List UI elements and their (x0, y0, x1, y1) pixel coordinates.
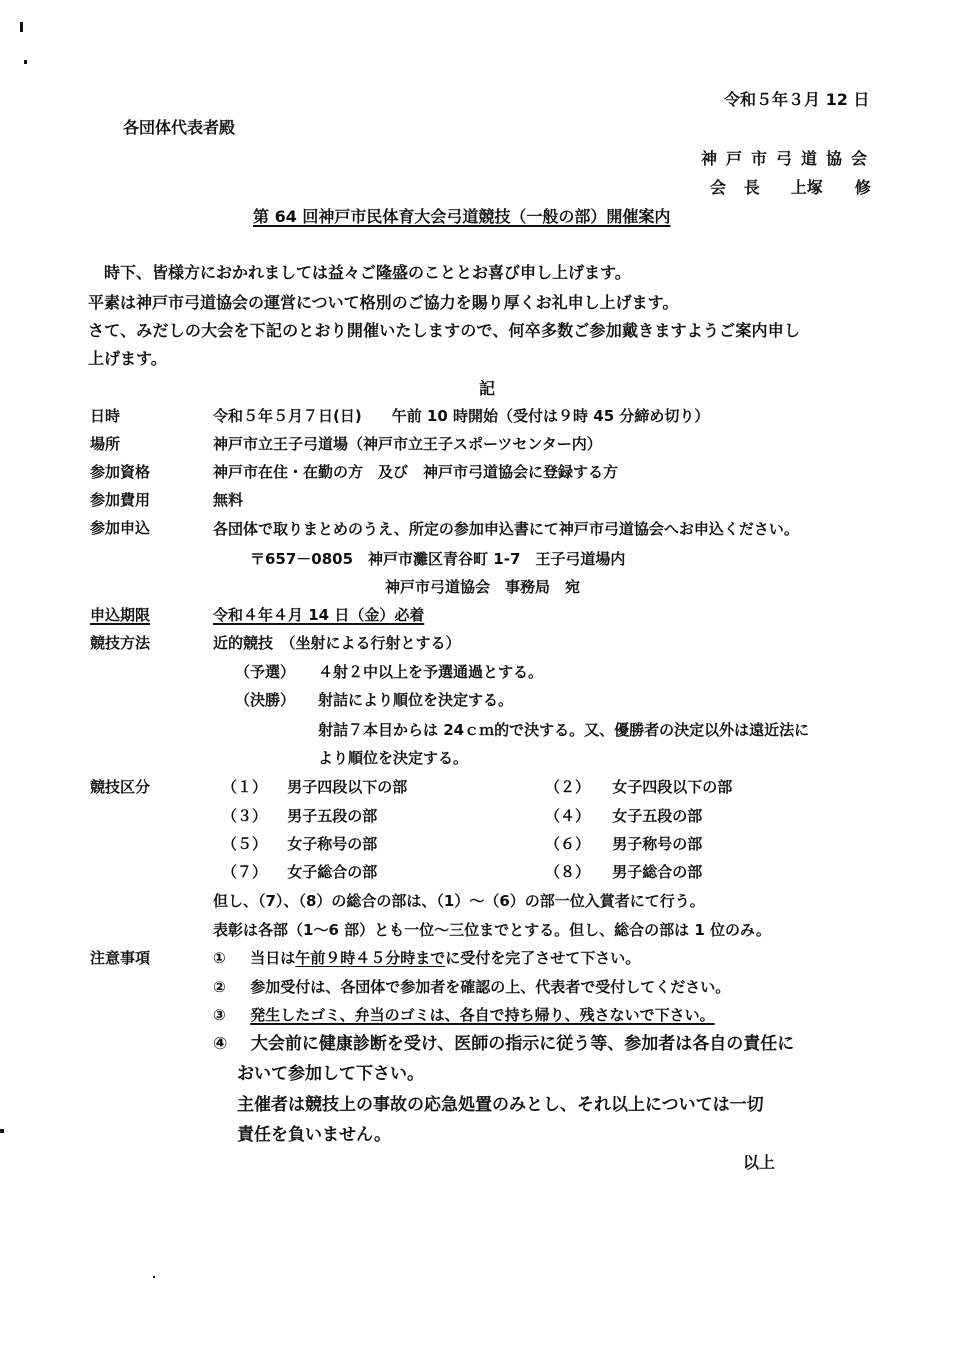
division-name: 女子四段以下の部 (612, 778, 732, 796)
ki-heading: 記 (479, 378, 495, 400)
prelim-value: ４射２中以上を予選通過とする。 (318, 662, 543, 682)
division-num: （４） (545, 806, 607, 826)
division-num: （７） (222, 862, 282, 882)
division-num: （３） (222, 806, 282, 826)
note-text: 大会前に健康診断を受け、医師の指示に従う等、参加者は各自の責任に (251, 1034, 794, 1054)
greeting-line-3: さて、みだしの大会を下記のとおり開催いたしますので、何卒多数ご参加戴きますようご… (88, 320, 800, 342)
document-date: 令和５年３月 12 日 (724, 89, 869, 111)
division-num: （１） (222, 777, 282, 797)
scan-speck (20, 22, 23, 32)
fee-label: 参加費用 (90, 490, 150, 510)
division-name: 女子五段の部 (612, 807, 702, 825)
note-text-underlined: 発生したゴミ、弁当のゴミは、各自で持ち帰り、残さないで下さい。 (250, 1006, 714, 1024)
deadline-value: 令和４年４月 14 日（金）必着 (213, 605, 424, 625)
division-name: 女子総合の部 (287, 863, 377, 881)
eligibility-value: 神戸市在住・在勤の方 及び 神戸市弓道協会に登録する方 (213, 462, 618, 482)
division-item: （３） 男子五段の部 (222, 806, 377, 826)
closing: 以上 (743, 1152, 775, 1174)
note-underlined-time: 午前９時４５分時まで (295, 949, 445, 967)
note-4-line-2: おいて参加して下さい。 (237, 1062, 424, 1086)
place-value: 神戸市立王子弓道場（神戸市立王子スポーツセンター内） (213, 434, 602, 454)
place-label: 場所 (90, 434, 120, 454)
method-value: 近的競技 （坐射による行射とする） (213, 633, 461, 653)
note-item-3: ③ 発生したゴミ、弁当のゴミは、各自で持ち帰り、残さないで下さい。 (213, 1005, 715, 1025)
division-item: （１） 男子四段以下の部 (222, 777, 407, 797)
divisions-note-1: 但し、（7）、（8）の総合の部は、（1）～（6）の部一位入賞者にて行う。 (213, 891, 705, 911)
division-item: （８） 男子総合の部 (545, 862, 702, 882)
division-name: 男子称号の部 (612, 835, 702, 853)
division-num: （８） (545, 862, 607, 882)
division-item: （４） 女子五段の部 (545, 806, 702, 826)
division-item: （５） 女子称号の部 (222, 834, 377, 854)
division-num: （５） (222, 834, 282, 854)
fee-value: 無料 (213, 490, 243, 510)
application-recipient: 神戸市弓道協会 事務局 宛 (385, 577, 580, 597)
division-name: 男子四段以下の部 (287, 778, 407, 796)
note-text: に受付を完了させて下さい。 (445, 949, 640, 967)
final-note-1: 射詰７本目からは 24ｃｍ的で決する。又、優勝者の決定以外は遠近法に (318, 720, 809, 740)
division-num: （６） (545, 834, 607, 854)
application-value: 各団体で取りまとめのうえ、所定の参加申込書にて神戸市弓道協会へお申込ください。 (213, 519, 799, 539)
datetime-label: 日時 (90, 406, 120, 426)
note-text: 参加受付は、各団体で参加者を確認の上、代表者で受付してください。 (250, 978, 730, 996)
document-title: 第 64 回神戸市民体育大会弓道競技（一般の部）開催案内 (253, 206, 670, 228)
final-label: （決勝） (235, 690, 295, 710)
division-name: 女子称号の部 (287, 835, 377, 853)
eligibility-label: 参加資格 (90, 462, 150, 482)
note-mark: ③ (213, 1005, 245, 1025)
note-item-2: ② 参加受付は、各団体で参加者を確認の上、代表者で受付してください。 (213, 977, 730, 997)
datetime-value: 令和５年５月７日(日) 午前 10 時開始（受付は９時 45 分締め切り） (213, 406, 709, 426)
note-item-1: ① 当日は午前９時４５分時までに受付を完了させて下さい。 (213, 948, 640, 968)
note-mark: ④ (213, 1032, 245, 1056)
organization-name: 神戸市弓道協会 (701, 148, 876, 170)
divisions-note-2: 表彰は各部（1～6 部）とも一位～三位までとする。但し、総合の部は 1 位のみ。 (213, 920, 771, 940)
division-name: 男子五段の部 (287, 807, 377, 825)
final-note-2: より順位を決定する。 (318, 748, 468, 768)
president-title: 会 長 (710, 178, 766, 197)
division-item: （２） 女子四段以下の部 (545, 777, 732, 797)
note-text: 当日は (250, 949, 295, 967)
greeting-line-2: 平素は神戸市弓道協会の運営について格別のご協力を賜り厚くお礼申し上げます。 (88, 292, 678, 314)
division-num: （２） (545, 777, 607, 797)
president-name: 上塚 修 (791, 178, 871, 197)
scan-speck (24, 60, 27, 64)
greeting-line-1: 時下、皆様方におかれましては益々ご隆盛のこととお喜び申し上げます。 (104, 262, 631, 284)
greeting-line-4: 上げます。 (88, 348, 167, 370)
note-4-line-4: 責任を負いません。 (237, 1123, 391, 1147)
note-mark: ② (213, 977, 245, 997)
deadline-label: 申込期限 (90, 605, 180, 625)
division-item: （６） 男子称号の部 (545, 834, 702, 854)
prelim-label: （予選） (235, 662, 295, 682)
application-label: 参加申込 (90, 518, 150, 538)
application-address: 〒657－0805 神戸市灘区青谷町 1-7 王子弓道場内 (250, 549, 625, 569)
scan-speck (0, 1129, 4, 1133)
note-mark: ① (213, 948, 245, 968)
scan-speck (153, 1276, 155, 1278)
notes-label: 注意事項 (90, 948, 150, 968)
note-4-line-3: 主催者は競技上の事故の応急処置のみとし、それ以上については一切 (237, 1093, 764, 1117)
note-item-4: ④ 大会前に健康診断を受け、医師の指示に従う等、参加者は各自の責任に (213, 1032, 794, 1056)
final-value: 射詰により順位を決定する。 (318, 690, 513, 710)
method-label: 競技方法 (90, 633, 150, 653)
division-item: （７） 女子総合の部 (222, 862, 377, 882)
divisions-label: 競技区分 (90, 777, 150, 797)
addressee: 各団体代表者殿 (123, 117, 235, 139)
president-line: 会 長 上塚 修 (710, 177, 871, 199)
division-name: 男子総合の部 (612, 863, 702, 881)
